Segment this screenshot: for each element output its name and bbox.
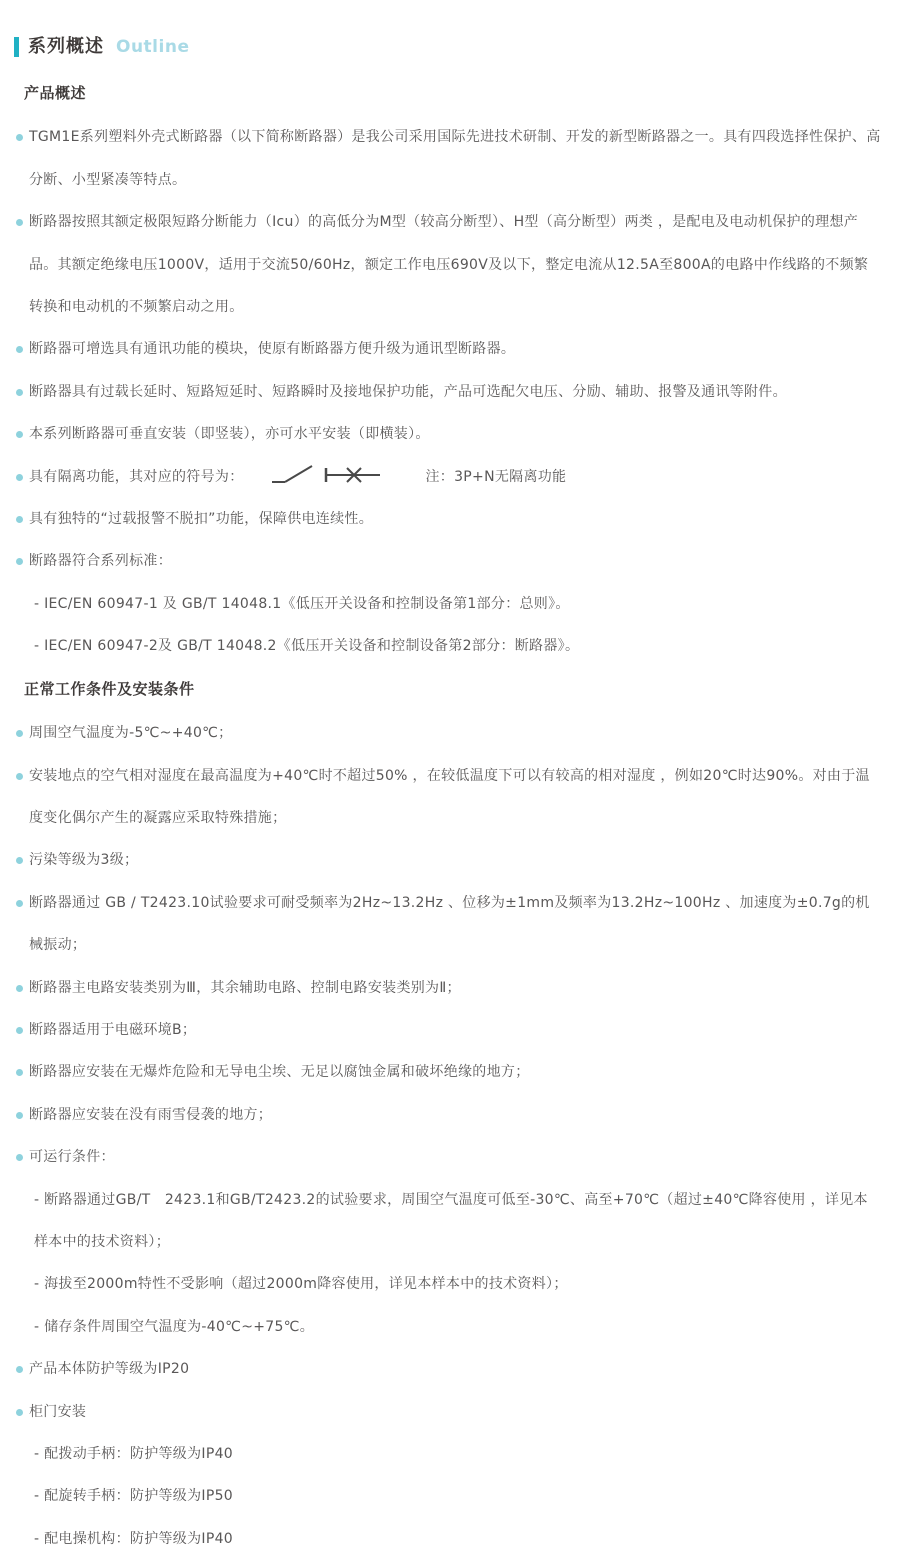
list-item-text: 周围空气温度为-5℃~+40℃；	[29, 725, 232, 741]
list-item-text: 可运行条件：	[29, 1149, 115, 1165]
list-item: 柜门安装	[16, 1391, 882, 1433]
bullet-dot-icon	[16, 985, 23, 992]
bullet-dot-icon	[16, 857, 23, 864]
list-item-text: - 配电操机构：防护等级为IP40	[34, 1531, 233, 1547]
list-item-text: 断路器应安装在无爆炸危险和无导电尘埃、无足以腐蚀金属和破坏绝缘的地方；	[29, 1064, 530, 1080]
bullet-dot-icon	[16, 1069, 23, 1076]
list-item: 断路器可增选具有通讯功能的模块，使原有断路器方便升级为通讯型断路器。	[16, 328, 882, 370]
disconnector-x-symbol-icon	[322, 463, 384, 487]
document-page: 系列概述 Outline 产品概述 TGM1E系列塑料外壳式断路器（以下简称断路…	[0, 0, 900, 1560]
bullet-dot-icon	[16, 1027, 23, 1034]
bullet-dot-icon	[16, 389, 23, 396]
list-subitem: - 储存条件周围空气温度为-40℃~+75℃。	[16, 1306, 882, 1348]
bullet-dot-icon	[16, 134, 23, 141]
bullet-dot-icon	[16, 1112, 23, 1119]
list-item-text: TGM1E系列塑料外壳式断路器（以下简称断路器）是我公司采用国际先进技术研制、开…	[29, 129, 881, 187]
list-item: 断路器具有过载长延时、短路短延时、短路瞬时及接地保护功能，产品可选配欠电压、分励…	[16, 371, 882, 413]
list-item-text: 产品本体防护等级为IP20	[29, 1361, 189, 1377]
list-item: 周围空气温度为-5℃~+40℃；	[16, 712, 882, 754]
list-item-text: - IEC/EN 60947-2及 GB/T 14048.2《低压开关设备和控制…	[34, 638, 579, 654]
section-heading-product-overview: 产品概述	[14, 72, 882, 114]
list-item-text: 安装地点的空气相对湿度在最高温度为+40℃时不超过50% ，在较低温度下可以有较…	[29, 768, 870, 826]
list-item: TGM1E系列塑料外壳式断路器（以下简称断路器）是我公司采用国际先进技术研制、开…	[16, 116, 882, 201]
working-conditions-list: 周围空气温度为-5℃~+40℃； 安装地点的空气相对湿度在最高温度为+40℃时不…	[14, 712, 882, 1560]
bullet-dot-icon	[16, 219, 23, 226]
isolation-note-text: 注：3P+N无隔离功能	[426, 469, 567, 485]
list-item: 安装地点的空气相对湿度在最高温度为+40℃时不超过50% ，在较低温度下可以有较…	[16, 755, 882, 840]
list-item-text: 具有独特的“过载报警不脱扣”功能，保障供电连续性。	[29, 511, 373, 527]
bullet-dot-icon	[16, 558, 23, 565]
list-item: 可运行条件：	[16, 1136, 882, 1178]
bullet-dot-icon	[16, 773, 23, 780]
list-item-text: 断路器可增选具有通讯功能的模块，使原有断路器方便升级为通讯型断路器。	[29, 341, 515, 357]
bullet-dot-icon	[16, 516, 23, 523]
list-item: 断路器应安装在无爆炸危险和无导电尘埃、无足以腐蚀金属和破坏绝缘的地方；	[16, 1051, 882, 1093]
list-item: 断路器主电路安装类别为Ⅲ，其余辅助电路、控制电路安装类别为Ⅱ；	[16, 967, 882, 1009]
list-item: 产品本体防护等级为IP20	[16, 1348, 882, 1390]
list-subitem: - IEC/EN 60947-2及 GB/T 14048.2《低压开关设备和控制…	[16, 625, 882, 667]
list-subitem: - 配旋转手柄：防护等级为IP50	[16, 1475, 882, 1517]
list-item-text: 断路器具有过载长延时、短路短延时、短路瞬时及接地保护功能，产品可选配欠电压、分励…	[29, 384, 787, 400]
list-item-text: 断路器应安装在没有雨雪侵袭的地方；	[29, 1107, 272, 1123]
list-item-text: - 配拨动手柄：防护等级为IP40	[34, 1446, 233, 1462]
list-item: 具有独特的“过载报警不脱扣”功能，保障供电连续性。	[16, 498, 882, 540]
list-item-text: - 断路器通过GB/T 2423.1和GB/T2423.2的试验要求，周围空气温…	[34, 1192, 868, 1250]
list-item-text: 断路器适用于电磁环境B；	[29, 1022, 196, 1038]
list-item-text: 污染等级为3级；	[29, 852, 138, 868]
list-item-text: 柜门安装	[29, 1404, 86, 1420]
list-subitem: - 断路器通过GB/T 2423.1和GB/T2423.2的试验要求，周围空气温…	[16, 1179, 882, 1264]
list-item-text: - 配旋转手柄：防护等级为IP50	[34, 1488, 233, 1504]
bullet-dot-icon	[16, 730, 23, 737]
product-overview-list: TGM1E系列塑料外壳式断路器（以下简称断路器）是我公司采用国际先进技术研制、开…	[14, 116, 882, 667]
bullet-dot-icon	[16, 1154, 23, 1161]
page-subtitle: Outline	[116, 36, 189, 58]
list-item: 断路器符合系列标准：	[16, 540, 882, 582]
list-item-text: 断路器主电路安装类别为Ⅲ，其余辅助电路、控制电路安装类别为Ⅱ；	[29, 980, 461, 996]
list-item: 断路器通过 GB / T2423.10试验要求可耐受频率为2Hz~13.2Hz …	[16, 882, 882, 967]
list-item-text: 本系列断路器可垂直安装（即竖装），亦可水平安装（即横装）。	[29, 426, 430, 442]
list-item: 本系列断路器可垂直安装（即竖装），亦可水平安装（即横装）。	[16, 413, 882, 455]
list-item: 污染等级为3级；	[16, 839, 882, 881]
list-item-text: 断路器通过 GB / T2423.10试验要求可耐受频率为2Hz~13.2Hz …	[29, 895, 870, 953]
list-item-text: 断路器按照其额定极限短路分断能力（Icu）的高低分为M型（较高分断型）、H型（高…	[29, 214, 868, 315]
list-item-text: - IEC/EN 60947-1 及 GB/T 14048.1《低压开关设备和控…	[34, 596, 570, 612]
page-title: 系列概述	[28, 36, 104, 58]
list-item-isolation-symbol: 具有隔离功能，其对应的符号为：注：3P+N无隔离功能	[16, 456, 882, 498]
list-subitem: - 配电操机构：防护等级为IP40	[16, 1518, 882, 1560]
list-subitem: - 海拔至2000m特性不受影响（超过2000m降容使用，详见本样本中的技术资料…	[16, 1263, 882, 1305]
list-item: 断路器应安装在没有雨雪侵袭的地方；	[16, 1094, 882, 1136]
list-subitem: - IEC/EN 60947-1 及 GB/T 14048.1《低压开关设备和控…	[16, 583, 882, 625]
document-header: 系列概述 Outline	[14, 36, 882, 58]
open-switch-symbol-icon	[270, 463, 316, 487]
list-subitem: - 配拨动手柄：防护等级为IP40	[16, 1433, 882, 1475]
accent-bar-icon	[14, 37, 19, 57]
bullet-dot-icon	[16, 900, 23, 907]
bullet-dot-icon	[16, 474, 23, 481]
list-item: 断路器按照其额定极限短路分断能力（Icu）的高低分为M型（较高分断型）、H型（高…	[16, 201, 882, 328]
section-heading-working-conditions: 正常工作条件及安装条件	[14, 668, 882, 710]
list-item: 断路器适用于电磁环境B；	[16, 1009, 882, 1051]
list-item-text: - 海拔至2000m特性不受影响（超过2000m降容使用，详见本样本中的技术资料…	[34, 1276, 568, 1292]
list-item-text: - 储存条件周围空气温度为-40℃~+75℃。	[34, 1319, 314, 1335]
bullet-dot-icon	[16, 431, 23, 438]
bullet-dot-icon	[16, 346, 23, 353]
bullet-dot-icon	[16, 1409, 23, 1416]
list-item-text: 断路器符合系列标准：	[29, 553, 172, 569]
bullet-dot-icon	[16, 1366, 23, 1373]
isolation-prefix-text: 具有隔离功能，其对应的符号为：	[29, 469, 244, 485]
